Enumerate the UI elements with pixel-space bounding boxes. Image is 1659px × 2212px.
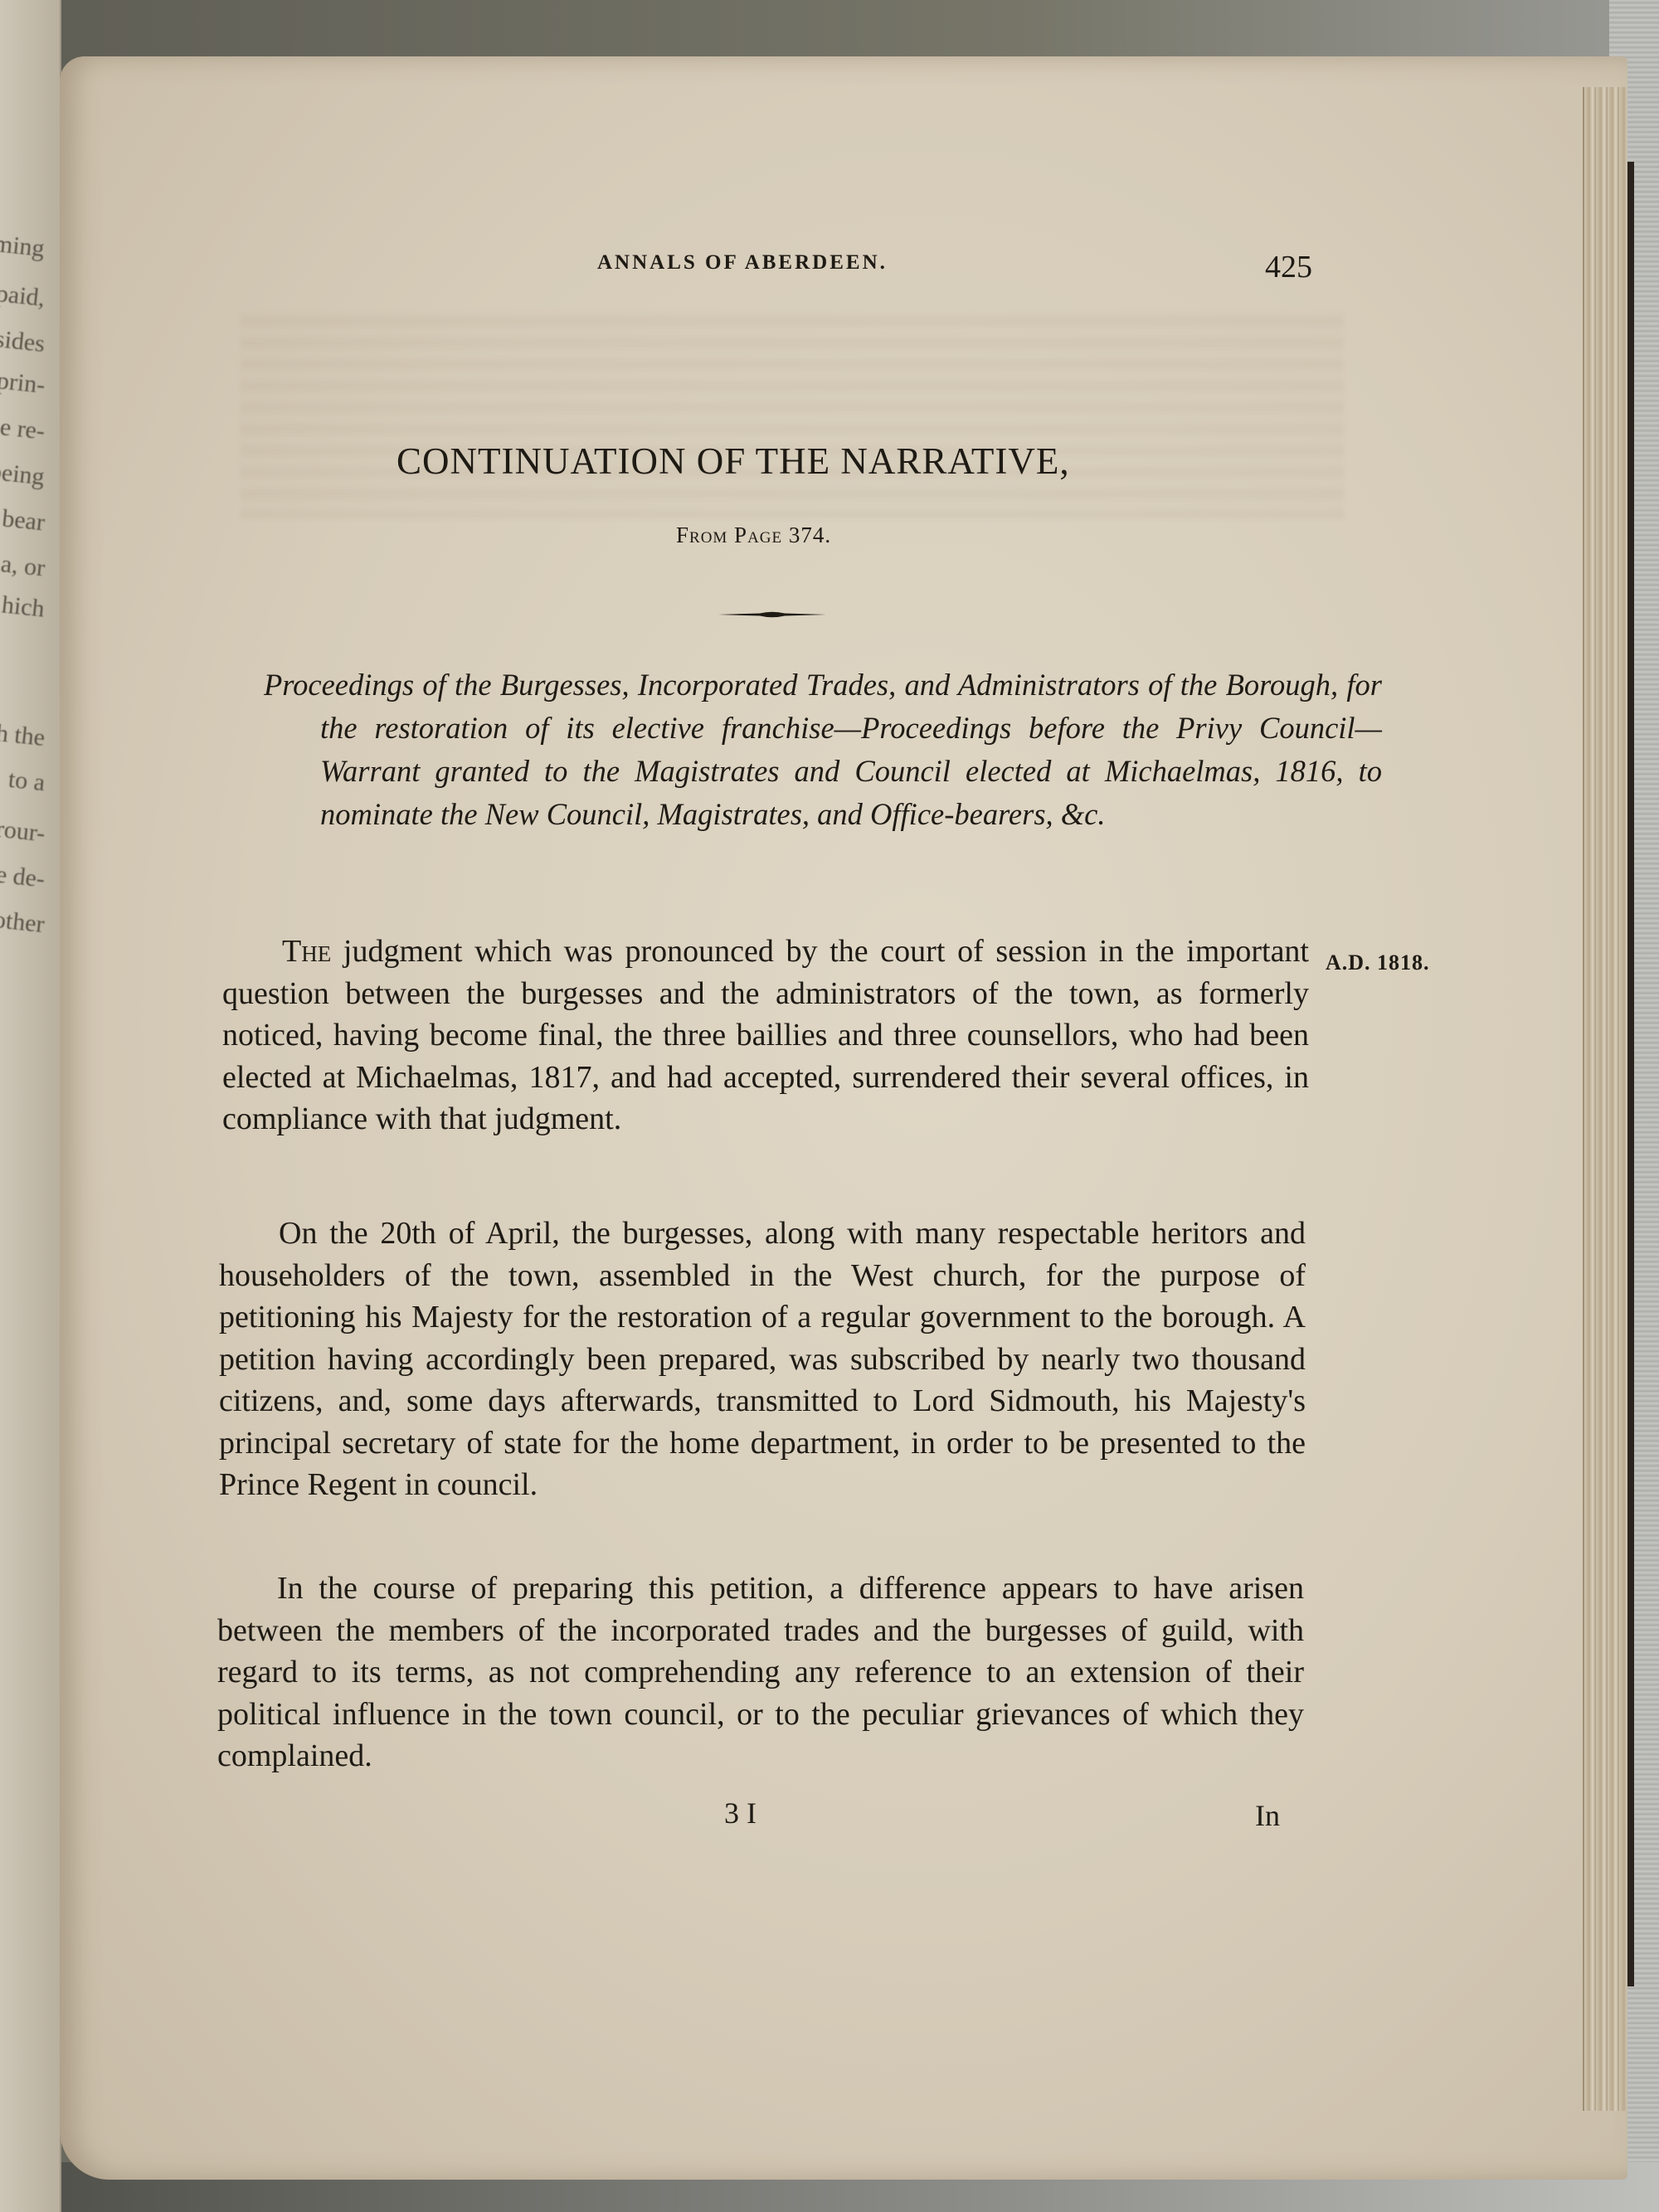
left-page-fragment: na, or (0, 549, 46, 583)
left-page-fragment: being (0, 458, 46, 492)
left-page-fragment: paid, (0, 280, 46, 313)
page-edges (1583, 87, 1626, 2111)
catchword: In (1255, 1798, 1280, 1833)
left-page-fragment: h the (0, 719, 46, 752)
left-page-fragment: hich (1, 591, 46, 623)
facing-left-page: ming paid, sides prin- he re- being f be… (0, 0, 61, 2212)
left-page-fragment: rrour- (0, 814, 46, 848)
show-through-text (241, 311, 1344, 518)
signature-mark: 3 I (724, 1796, 757, 1830)
left-page-fragment: other (0, 906, 46, 939)
left-page-fragment: re de- (0, 859, 46, 893)
paragraph-3: In the course of preparing this petition… (217, 1568, 1304, 1777)
left-page-fragment: he re- (0, 411, 46, 445)
margin-date-note: A.D. 1818. (1326, 950, 1430, 975)
left-page-fragment: f bear (0, 503, 46, 537)
running-head: ANNALS OF ABERDEEN. (597, 251, 888, 275)
ornament-rule-icon (718, 610, 826, 619)
left-page-fragment: ming (0, 230, 46, 263)
paragraph-2: On the 20th of April, the burgesses, alo… (219, 1213, 1306, 1506)
paragraph-lead: The (282, 934, 331, 969)
chapter-subtitle: From Page 374. (676, 523, 831, 548)
chapter-title: CONTINUATION OF THE NARRATIVE, (397, 440, 1070, 483)
left-page-fragment: to a (7, 766, 46, 797)
chapter-summary: Proceedings of the Burgesses, Incorporat… (264, 664, 1382, 836)
left-page-fragment: sides (0, 325, 46, 358)
page-number: 425 (1265, 249, 1312, 285)
left-page-fragment: prin- (0, 367, 46, 400)
paragraph-text: judgment which was pronounced by the cou… (222, 934, 1309, 1136)
paragraph-1: The judgment which was pronounced by the… (222, 931, 1309, 1140)
